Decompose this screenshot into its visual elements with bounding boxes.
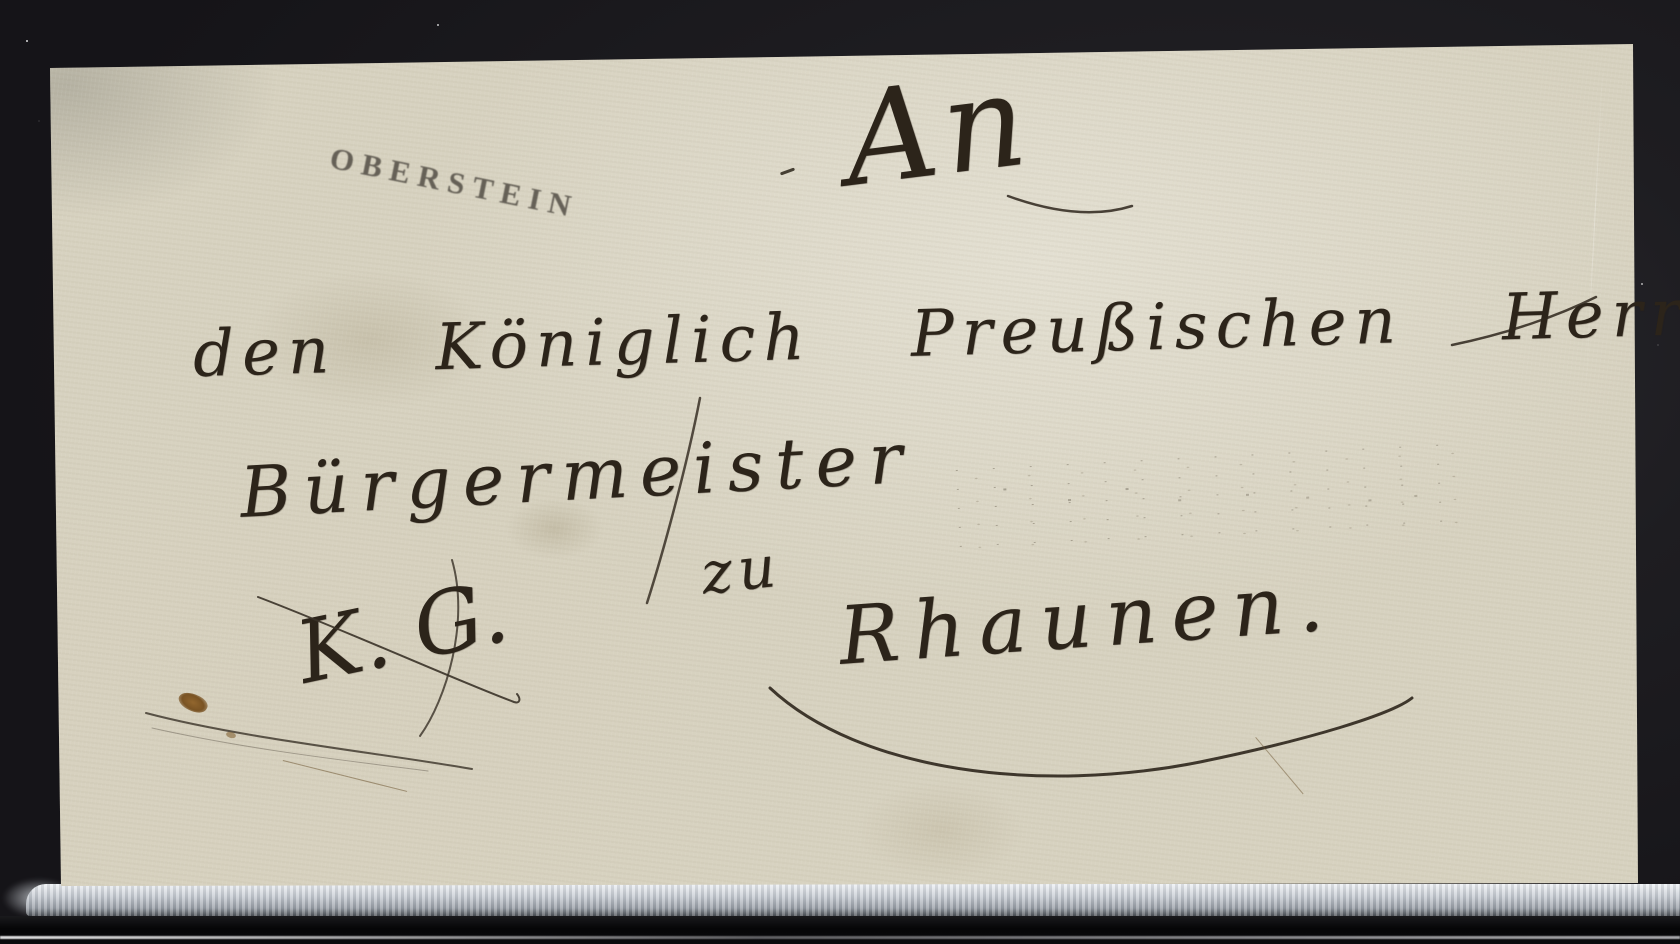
- photo-of-letter: OBERSTEIN An den Königlich Preußischen H…: [0, 0, 1680, 944]
- sleeve-lower-edge: [0, 916, 1680, 944]
- erased-inscription-specks: [938, 462, 941, 464]
- dust-specks: [0, 0, 2, 2]
- display-sleeve-reflection: [26, 884, 1680, 916]
- address-line-zu: zu: [698, 532, 785, 608]
- address-salutation: An: [836, 45, 1040, 216]
- scan-edge-strip: [0, 936, 1680, 939]
